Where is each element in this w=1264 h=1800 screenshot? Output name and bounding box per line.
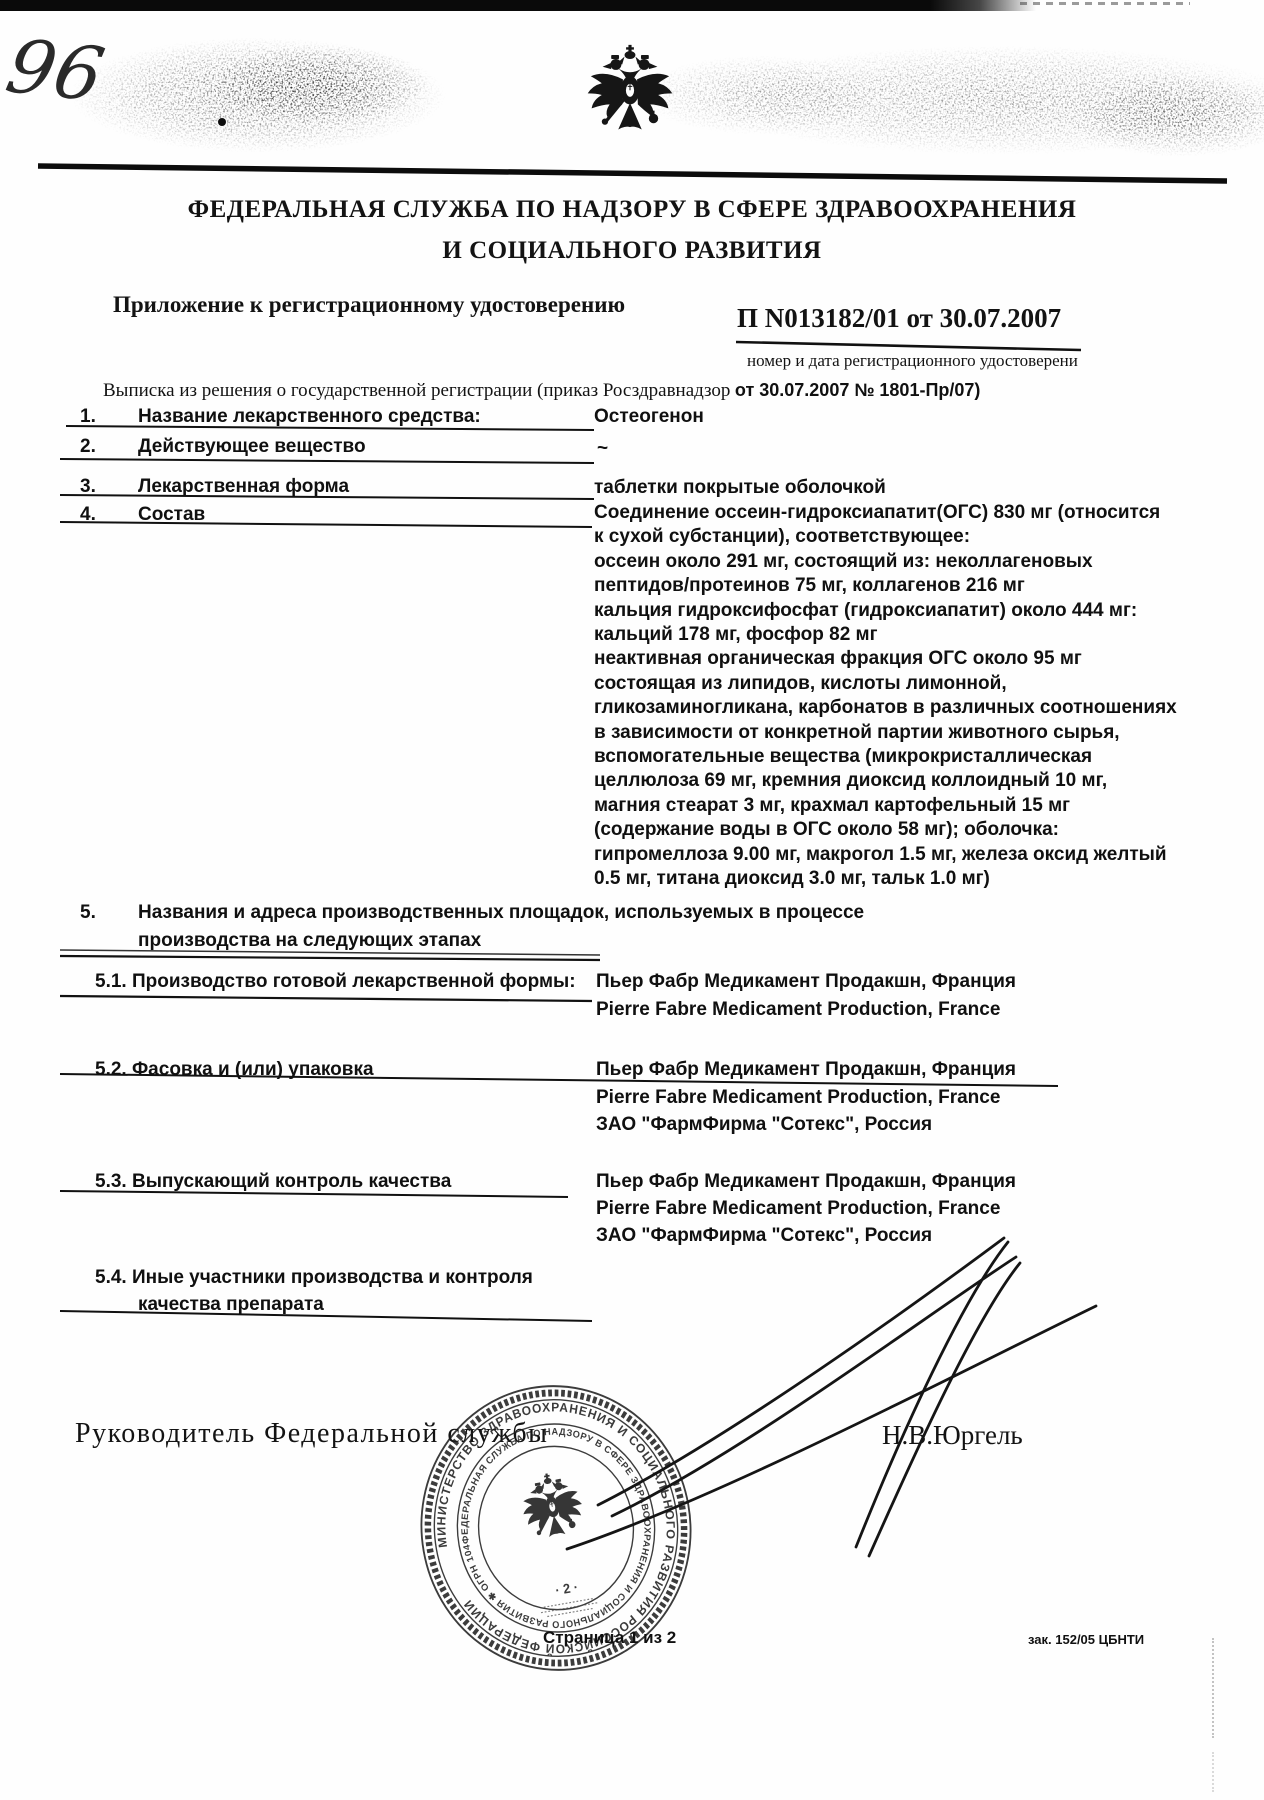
org-name-line1: ФЕДЕРАЛЬНАЯ СЛУЖБА ПО НАДЗОРУ В СФЕРЕ ЗД… [0,196,1264,224]
item2-value: ~ [597,438,608,460]
section5-line1: Названия и адреса производственных площа… [138,902,864,924]
intro-serif-part: Выписка из решения о государственной рег… [103,380,730,401]
sub53-value-2: Pierre Fabre Medicament Production, Fran… [596,1198,1000,1220]
composition-block: Соединение оссеин-гидроксиапатит(ОГС) 83… [594,501,1174,892]
scan-edge-bar [0,0,1038,11]
document-title: Приложение к регистрационному удостовере… [113,292,625,318]
item1-value: Остеогенон [594,406,704,428]
state-emblem-eagle-icon [583,42,677,148]
scan-edge-dots-lower [1212,1752,1214,1792]
smudge-right [700,45,1264,155]
registration-number-caption: номер и дата регистрационного удостовере… [747,351,1078,371]
sub52-value-3: ЗАО "ФармФирма "Сотекс", Россия [596,1114,932,1136]
item4-number: 4. [80,504,96,526]
sub51-value-2: Pierre Fabre Medicament Production, Fran… [596,999,1000,1021]
item1-label: Название лекарственного средства: [138,406,481,428]
reg-number-underline [736,342,1081,350]
item4-label: Состав [138,504,205,526]
signature-stroke [869,1263,1020,1556]
composition-line: состоящая из липидов, кислоты лимонной, [594,672,1174,696]
item2-label: Действующее вещество [138,436,366,458]
composition-line: Соединение оссеин-гидроксиапатит(ОГС) 83… [594,501,1174,525]
composition-line: пептидов/протеинов 75 мг, коллагенов 216… [594,574,1174,598]
scan-edge-dots [1212,1638,1214,1738]
composition-line: 0.5 мг, титана диоксид 3.0 мг, тальк 1.0… [594,867,1174,891]
sub52-value-1: Пьер Фабр Медикамент Продакшн, Франция [596,1059,1016,1081]
item3-value: таблетки покрытые оболочкой [594,477,886,499]
sub53-value-1: Пьер Фабр Медикамент Продакшн, Франция [596,1171,1016,1193]
signer-name: Н.В.Юргель [882,1420,1023,1451]
sub54-label-line1: 5.4. Иные участники производства и контр… [95,1267,533,1289]
row2-underline [60,459,594,463]
composition-line: магния стеарат 3 мг, крахмал картофельны… [594,794,1174,818]
stamp-eagle-icon [517,1468,586,1540]
handwritten-page-number: 96 [1,30,110,113]
sub54-label-line2: качества препарата [138,1294,324,1316]
scan-edge-bar-tail [1020,2,1190,5]
composition-line: гликозаминогликана, карбонатов в различн… [594,696,1174,720]
composition-line: оссеин около 291 мг, состоящий из: некол… [594,550,1174,574]
item1-number: 1. [80,406,96,428]
sub53-value-3: ЗАО "ФармФирма "Сотекс", Россия [596,1225,932,1247]
sub51-value-1: Пьер Фабр Медикамент Продакшн, Франция [596,971,1016,993]
composition-line: кальций 178 мг, фосфор 82 мг [594,623,1174,647]
intro-sans-part: от 30.07.2007 № 1801-Пр/07) [735,380,981,400]
section5-number: 5. [80,902,96,924]
composition-line: вспомогательные вещества (микрокристалли… [594,745,1174,769]
intro-line: Выписка из решения о государственной рег… [103,380,980,402]
ink-dot [218,118,226,126]
sub52-label: 5.2. Фасовка и (или) упаковка [95,1059,374,1081]
smudge-left [68,37,448,153]
stamp-number: · 2 · [554,1579,579,1598]
sub51-underline [60,996,592,1001]
composition-line: целлюлоза 69 мг, кремния диоксид коллоид… [594,769,1174,793]
sub52-value-2: Pierre Fabre Medicament Production, Fran… [596,1087,1000,1109]
item3-number: 3. [80,476,96,498]
section5-underline [60,956,600,960]
page-indicator: Страница 1 из 2 [543,1628,676,1648]
item3-label: Лекарственная форма [138,476,349,498]
header-rule [38,166,1227,181]
section5-line2: производства на следующих этапах [138,930,481,952]
composition-line: в зависимости от конкретной партии живот… [594,721,1174,745]
composition-line: неактивная органическая фракция ОГС окол… [594,647,1174,671]
scanned-document-page: 96 ФЕДЕРАЛЬНАЯ СЛУЖБА ПО НАДЗОРУ В СФЕРЕ… [0,0,1264,1800]
print-order-note: зак. 152/05 ЦБНТИ [1028,1632,1144,1647]
composition-line: гипромеллоза 9.00 мг, макрогол 1.5 мг, ж… [594,843,1174,867]
sub51-label: 5.1. Производство готовой лекарственной … [95,971,576,993]
registration-number: П N013182/01 от 30.07.2007 [737,303,1061,334]
sub53-label: 5.3. Выпускающий контроль качества [95,1171,451,1193]
composition-line: кальция гидроксифосфат (гидроксиапатит) … [594,599,1174,623]
composition-line: к сухой субстанции), соответствующее: [594,525,1174,549]
smudge-right-corner [1065,73,1264,157]
composition-line: (содержание воды в ОГС около 58 мг); обо… [594,818,1174,842]
signature-stroke [856,1242,1008,1547]
item2-number: 2. [80,436,96,458]
smudge-left-dense [210,45,430,125]
org-name-line2: И СОЦИАЛЬНОГО РАЗВИТИЯ [0,237,1264,265]
